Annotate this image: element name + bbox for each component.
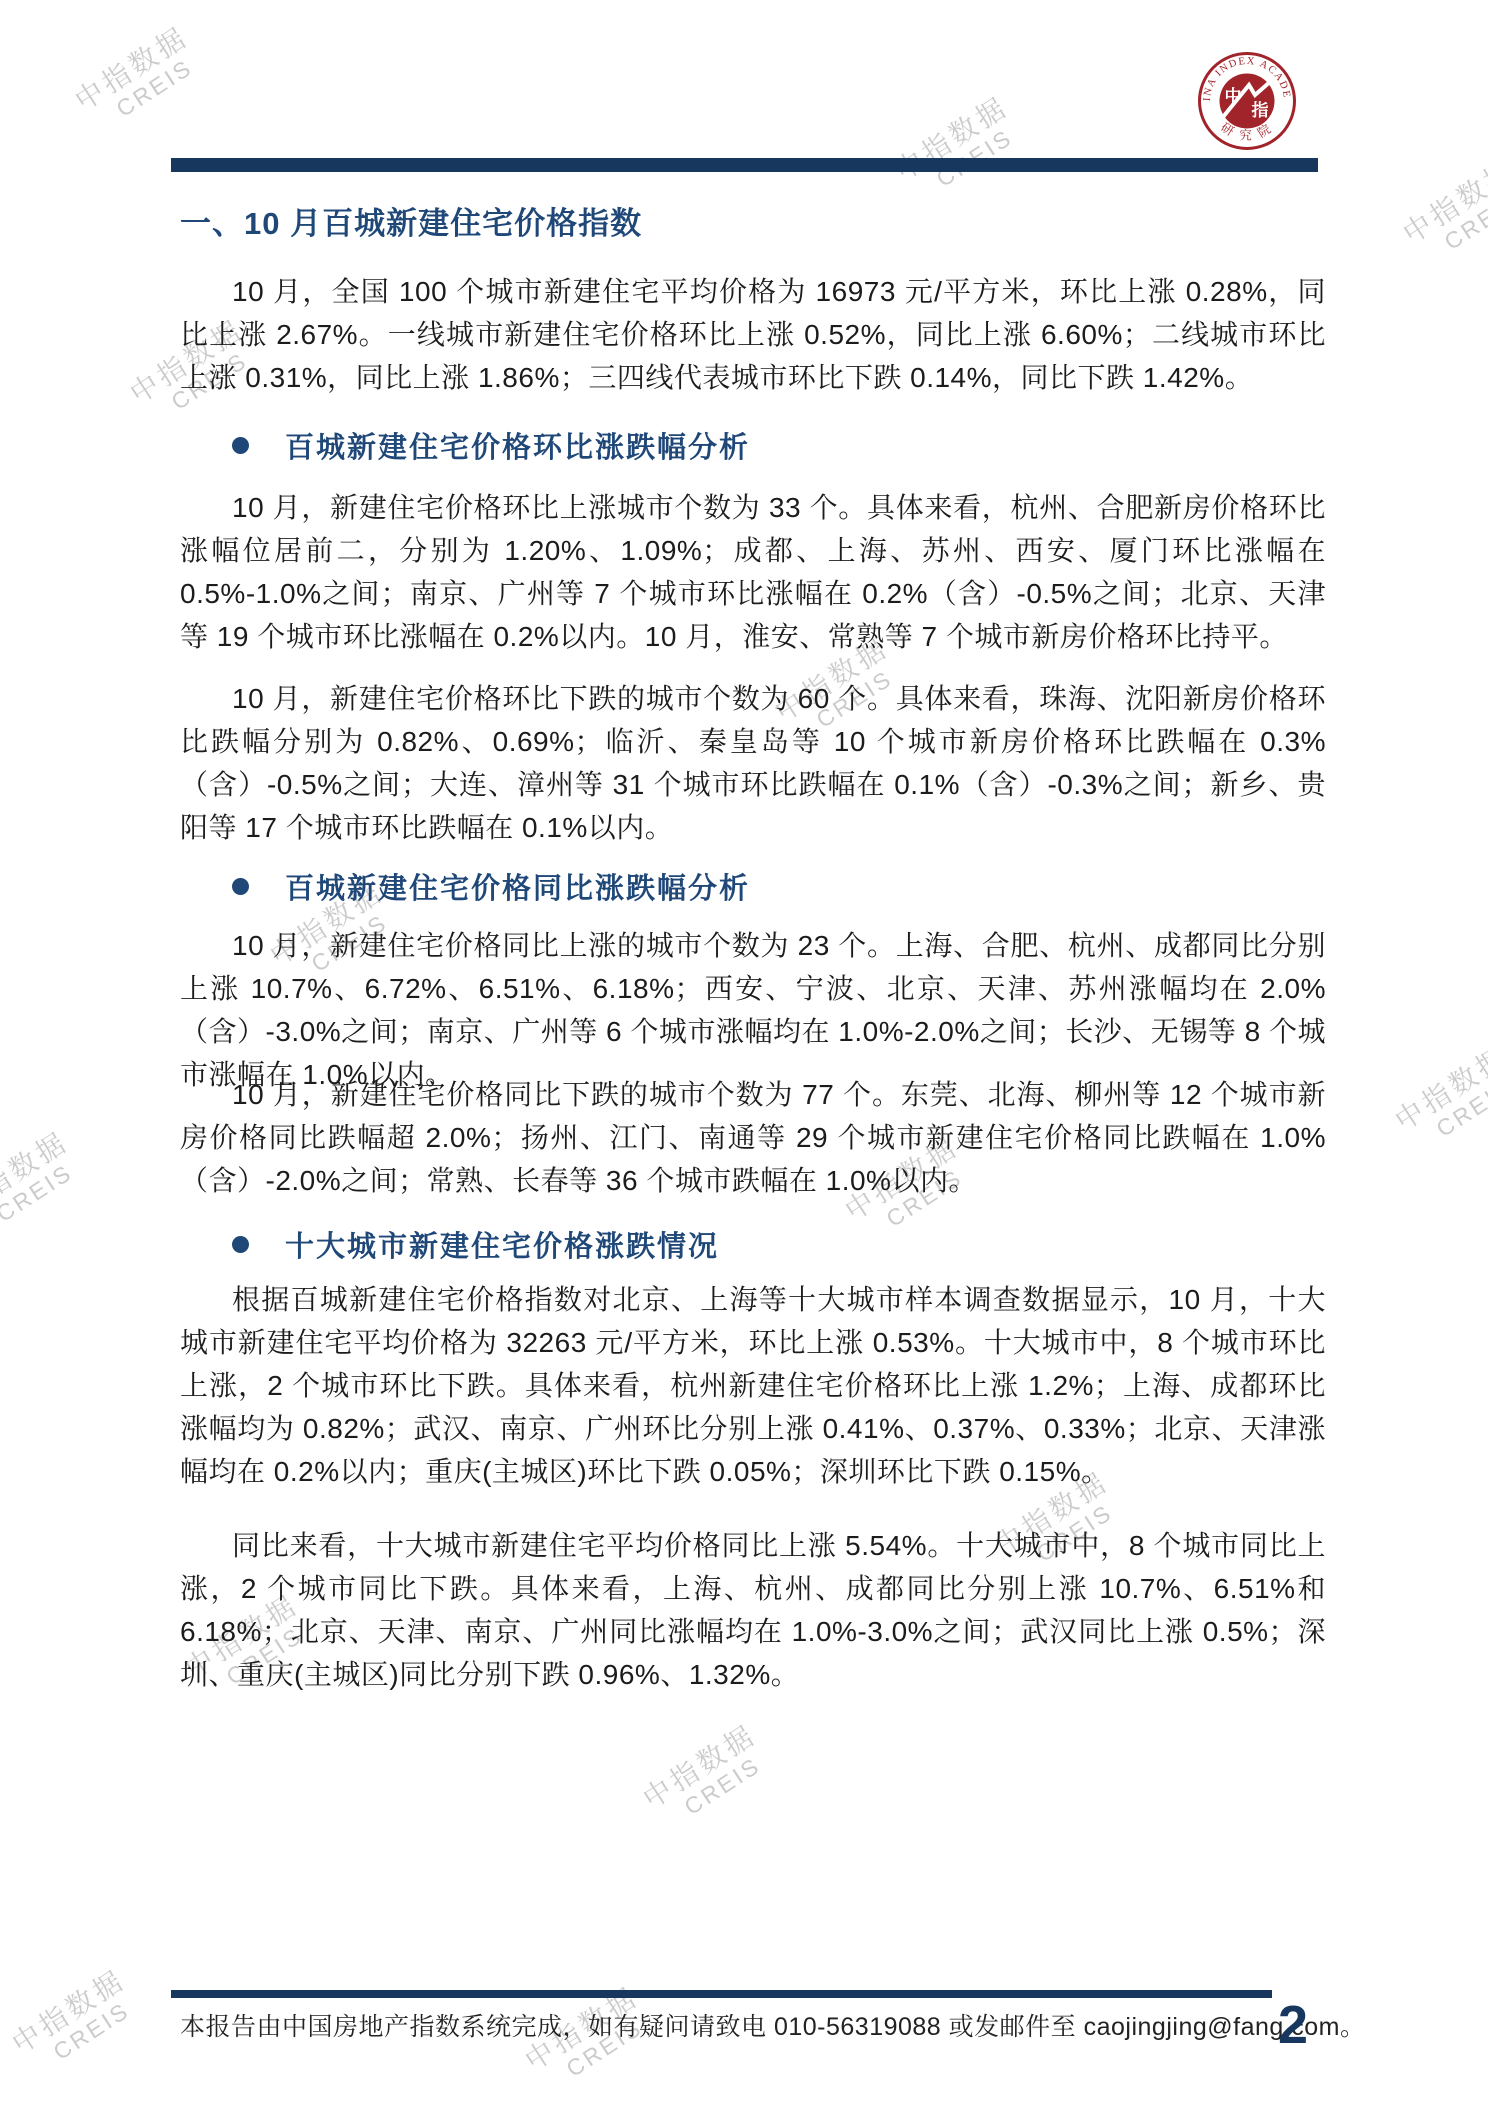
- top10-yoy-paragraph: 同比来看，十大城市新建住宅平均价格同比上涨 5.54%。十大城市中，8 个城市同…: [180, 1524, 1326, 1696]
- header-divider: [171, 158, 1318, 172]
- yoy-analysis-heading: 百城新建住宅价格同比涨跌幅分析: [232, 866, 750, 907]
- bullet-dot-icon: [232, 878, 249, 895]
- seal-char-zhong: 中: [1225, 86, 1242, 106]
- top10-analysis-heading: 十大城市新建住宅价格涨跌情况: [232, 1224, 719, 1265]
- mom-analysis-heading: 百城新建住宅价格环比涨跌幅分析: [232, 425, 750, 466]
- yoy-down-paragraph: 10 月，新建住宅价格同比下跌的城市个数为 77 个。东莞、北海、柳州等 12 …: [180, 1073, 1326, 1202]
- mom-down-paragraph: 10 月，新建住宅价格环比下跌的城市个数为 60 个。具体来看，珠海、沈阳新房价…: [180, 677, 1326, 849]
- footer-divider: [171, 1990, 1272, 1998]
- top10-mom-paragraph: 根据百城新建住宅价格指数对北京、上海等十大城市样本调查数据显示，10 月，十大城…: [180, 1278, 1326, 1493]
- report-page: 中指数据CREIS 中指数据CREIS 中指数据CREIS 中指数据CREIS …: [0, 0, 1488, 2104]
- footer-note: 本报告由中国房地产指数系统完成，如有疑问请致电 010-56319088 或发邮…: [180, 2007, 1365, 2043]
- china-index-academy-logo: CHINA INDEX ACADEMY 研 究 院 中 指: [1196, 50, 1298, 152]
- seal-char-zhi: 指: [1252, 100, 1269, 120]
- mom-up-paragraph: 10 月，新建住宅价格环比上涨城市个数为 33 个。具体来看，杭州、合肥新房价格…: [180, 486, 1326, 658]
- bullet-dot-icon: [232, 437, 249, 454]
- page-title: 一、10 月百城新建住宅价格指数: [180, 198, 642, 243]
- bullet-heading-label: 十大城市新建住宅价格涨跌情况: [285, 1224, 719, 1265]
- page-number: 2: [1278, 1994, 1308, 2056]
- yoy-up-paragraph: 10 月，新建住宅价格同比上涨的城市个数为 23 个。上海、合肥、杭州、成都同比…: [180, 924, 1326, 1096]
- content-layer: CHINA INDEX ACADEMY 研 究 院 中 指 一、10 月百城新建…: [0, 0, 1488, 2104]
- intro-paragraph: 10 月，全国 100 个城市新建住宅平均价格为 16973 元/平方米，环比上…: [180, 270, 1326, 399]
- bullet-heading-label: 百城新建住宅价格同比涨跌幅分析: [285, 866, 750, 907]
- bullet-heading-label: 百城新建住宅价格环比涨跌幅分析: [285, 425, 750, 466]
- bullet-dot-icon: [232, 1236, 249, 1253]
